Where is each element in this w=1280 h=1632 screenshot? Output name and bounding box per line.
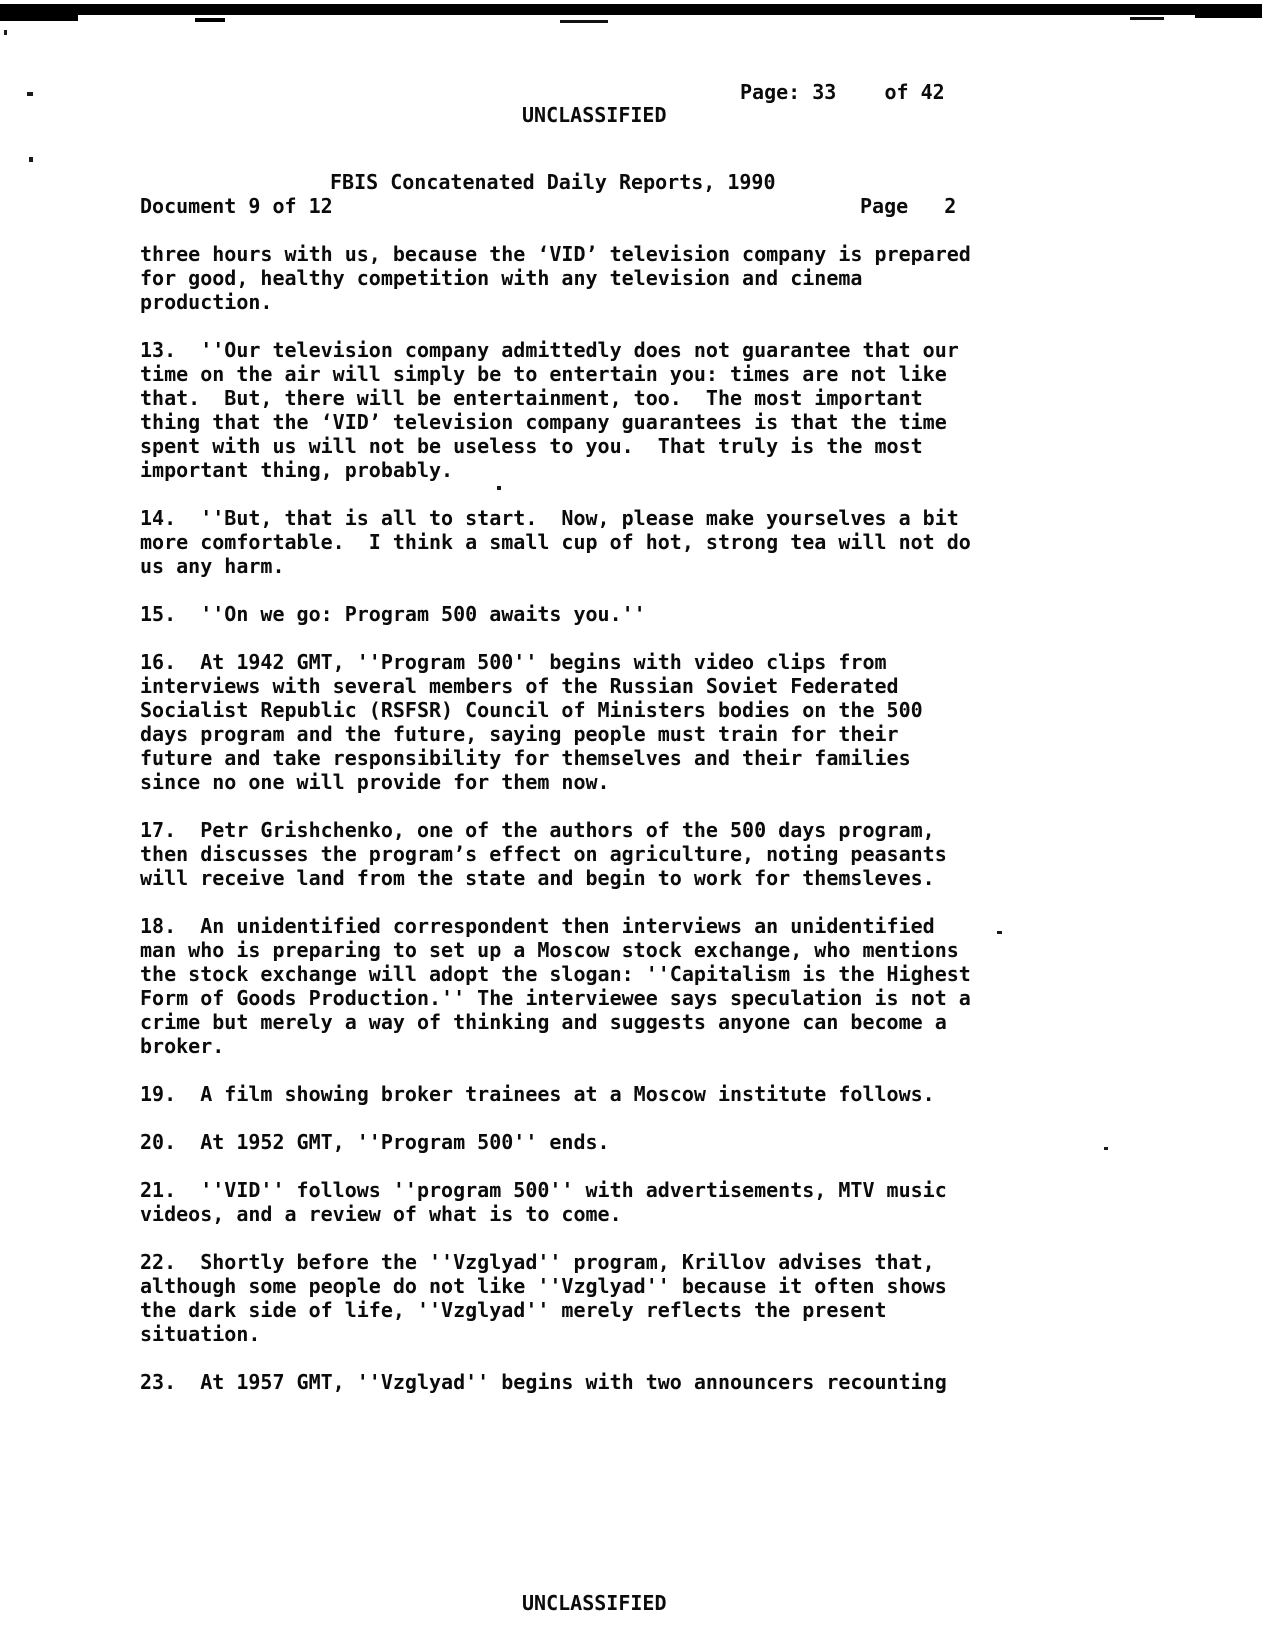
scan-artifact-bar	[0, 4, 1262, 15]
paragraph-18: 18. An unidentified correspondent then i…	[140, 914, 1040, 1058]
scan-speck	[4, 30, 7, 35]
paragraph-19: 19. A film showing broker trainees at a …	[140, 1082, 1040, 1106]
paragraph-15: 15. ''On we go: Program 500 awaits you.'…	[140, 602, 1040, 626]
scan-artifact-bar-left	[0, 13, 78, 21]
document-page: Page: 33 of 42 UNCLASSIFIED FBIS Concate…	[0, 0, 1280, 1632]
scan-artifact-bar-right	[1195, 13, 1262, 18]
scan-speck	[1104, 1147, 1108, 1150]
document-page-number: Page 2	[860, 194, 956, 218]
paragraph-continuation: three hours with us, because the ‘VID’ t…	[140, 242, 1040, 314]
classification-footer: UNCLASSIFIED	[522, 1591, 667, 1615]
document-indicator: Document 9 of 12	[140, 194, 333, 218]
document-body: three hours with us, because the ‘VID’ t…	[140, 242, 1040, 1394]
paragraph-23: 23. At 1957 GMT, ''Vzglyad'' begins with…	[140, 1370, 1040, 1394]
paragraph-22: 22. Shortly before the ''Vzglyad'' progr…	[140, 1250, 1040, 1346]
paragraph-14: 14. ''But, that is all to start. Now, pl…	[140, 506, 1040, 578]
paragraph-20: 20. At 1952 GMT, ''Program 500'' ends.	[140, 1130, 1040, 1154]
paragraph-21: 21. ''VID'' follows ''program 500'' with…	[140, 1178, 1040, 1226]
paragraph-13: 13. ''Our television company admittedly …	[140, 338, 1040, 482]
scan-speck	[29, 157, 33, 162]
scan-speck	[27, 92, 33, 96]
classification-header: UNCLASSIFIED	[522, 103, 667, 127]
scan-artifact-dash	[195, 18, 225, 22]
report-title: FBIS Concatenated Daily Reports, 1990	[330, 170, 776, 194]
paragraph-16: 16. At 1942 GMT, ''Program 500'' begins …	[140, 650, 1040, 794]
paragraph-17: 17. Petr Grishchenko, one of the authors…	[140, 818, 1040, 890]
scan-artifact-dash	[1130, 17, 1164, 20]
scan-artifact-dash	[560, 20, 608, 23]
page-indicator: Page: 33 of 42	[740, 80, 945, 104]
